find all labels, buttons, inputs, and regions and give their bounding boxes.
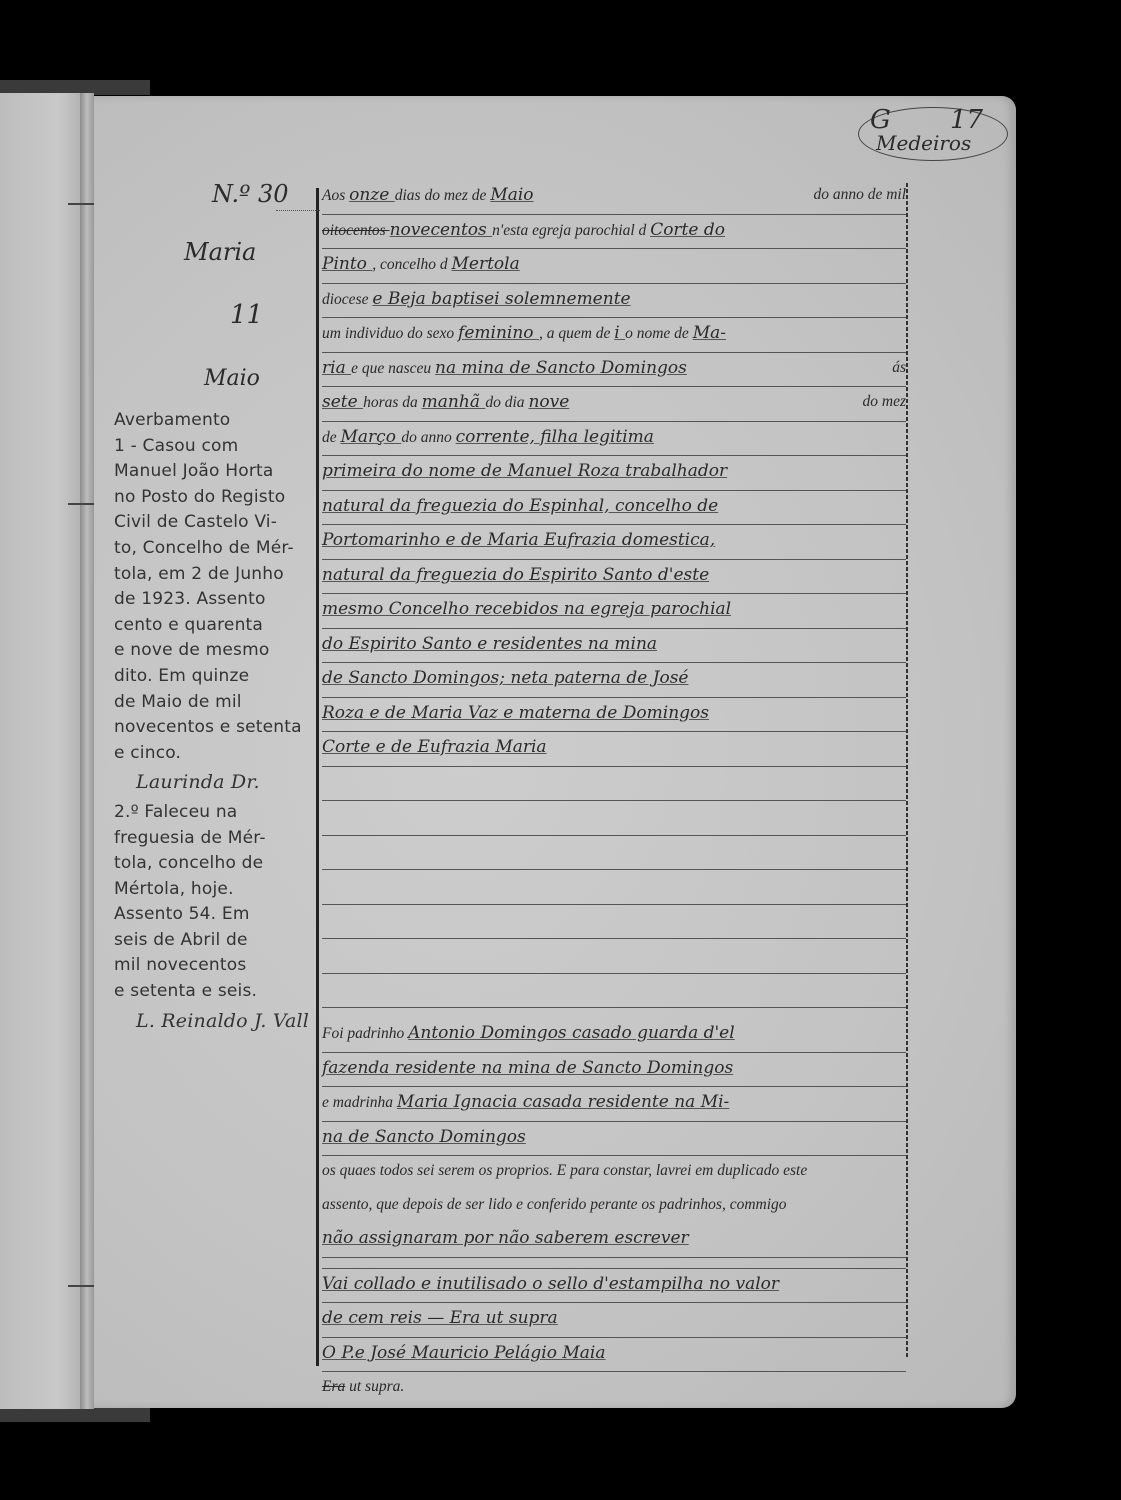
handwritten-field: natural da freguezia do Espirito Santo d… bbox=[322, 565, 709, 585]
form-line: Foi padrinho Antonio Domingos casado gua… bbox=[322, 1018, 906, 1053]
handwritten-field: nove bbox=[528, 392, 569, 412]
binding-stitch-icon bbox=[68, 1285, 96, 1287]
blank-ruled-lines bbox=[322, 767, 906, 1009]
printed-label: do anno de mil bbox=[813, 180, 906, 210]
annotation-line: Averbamento bbox=[114, 408, 320, 434]
handwritten-field: Maria Ignacia casada residente na Mi- bbox=[397, 1092, 729, 1112]
closing-handwritten-line: não assignaram por não saberem escrever bbox=[322, 1223, 906, 1258]
handwritten-field: onze bbox=[349, 185, 395, 205]
form-line: ria e que nasceu na mina de Sancto Domin… bbox=[322, 353, 906, 388]
margin-annotation: Averbamento1 - Casou comManuel João Hort… bbox=[114, 408, 320, 1038]
form-line: Aos onze dias do mez de Maio do anno de … bbox=[322, 180, 906, 215]
form-line: oitocentos novecentos n'esta egreja paro… bbox=[322, 215, 906, 250]
annotation-line: Civil de Castelo Vi- bbox=[114, 510, 320, 536]
printed-footer: Era ut supra. bbox=[322, 1372, 906, 1406]
handwritten-field: Roza e de Maria Vaz e materna de Domingo… bbox=[322, 703, 709, 723]
annotation-line: Manuel João Horta bbox=[114, 459, 320, 485]
handwritten-field: Ma- bbox=[693, 323, 726, 343]
form-line: fazenda residente na mina de Sancto Domi… bbox=[322, 1053, 906, 1088]
printed-label: horas da bbox=[363, 394, 422, 411]
handwritten-field: feminino bbox=[458, 323, 539, 343]
annotation-line: de Maio de mil bbox=[114, 690, 320, 716]
handwritten-field: Pinto bbox=[322, 254, 372, 274]
handwritten-field: corrente, filha legitima bbox=[456, 427, 654, 447]
handwritten-field: na mina de Sancto Domingos bbox=[435, 358, 687, 378]
printed-label: o nome de bbox=[625, 325, 693, 342]
printed-label: n'esta egreja parochial d bbox=[492, 222, 650, 239]
form-line: Corte e de Eufrazia Maria bbox=[322, 732, 906, 767]
annotation-death: 2.º Faleceu nafreguesia de Mér-tola, con… bbox=[114, 800, 320, 1005]
handwritten-field: Maio bbox=[490, 185, 533, 205]
form-line: Roza e de Maria Vaz e materna de Domingo… bbox=[322, 698, 906, 733]
handwritten-field: na de Sancto Domingos bbox=[322, 1127, 526, 1147]
annotation-line: e setenta e seis. bbox=[114, 979, 320, 1005]
binding-stitch-icon bbox=[68, 503, 96, 505]
annotation-line: Assento 54. Em bbox=[114, 902, 320, 928]
book-edge-bottom bbox=[0, 1407, 150, 1422]
form-line: e madrinha Maria Ignacia casada resident… bbox=[322, 1087, 906, 1122]
printed-label: do mez bbox=[863, 387, 906, 417]
annotation-signature-2: L. Reinaldo J. Vall bbox=[136, 1009, 320, 1035]
printed-label: do dia bbox=[485, 394, 528, 411]
handwritten-field: Antonio Domingos casado guarda d'el bbox=[408, 1023, 735, 1043]
annotation-line: no Posto do Registo bbox=[114, 485, 320, 511]
annotation-line: seis de Abril de bbox=[114, 928, 320, 954]
handwritten-field: e Beja baptisei solemnemente bbox=[372, 289, 630, 309]
handwritten-field: Portomarinho e de Maria Eufrazia domesti… bbox=[322, 530, 715, 550]
printed-label: , a quem de bbox=[539, 325, 614, 342]
annotation-line: novecentos e setenta bbox=[114, 715, 320, 741]
printed-label: um individuo do sexo bbox=[322, 325, 458, 342]
blank-line bbox=[322, 870, 906, 905]
priest-signature: O P.e José Mauricio Pelágio Maia bbox=[322, 1343, 605, 1363]
form-right-rule bbox=[906, 183, 908, 1358]
blank-line bbox=[322, 801, 906, 836]
baptism-form: Aos onze dias do mez de Maio do anno de … bbox=[322, 180, 906, 1406]
annotation-line: e nove de mesmo bbox=[114, 638, 320, 664]
form-line: de Sancto Domingos; neta paterna de José bbox=[322, 663, 906, 698]
annotation-signature-1: Laurinda Dr. bbox=[136, 770, 320, 796]
printed-label: , concelho d bbox=[372, 256, 451, 273]
annotation-line: to, Concelho de Mér- bbox=[114, 536, 320, 562]
blank-line bbox=[322, 767, 906, 802]
form-line: Pinto , concelho d Mertola bbox=[322, 249, 906, 284]
printed-label: Aos bbox=[322, 187, 349, 204]
note-line-1: Vai collado e inutilisado o sello d'esta… bbox=[322, 1268, 906, 1304]
handwritten-field: de Sancto Domingos; neta paterna de José bbox=[322, 668, 689, 688]
left-page-edge bbox=[0, 93, 84, 1409]
annotation-line: 2.º Faleceu na bbox=[114, 800, 320, 826]
printed-label: Foi padrinho bbox=[322, 1025, 408, 1042]
entry-number: N.º 30 bbox=[212, 180, 289, 208]
handwritten-field: manhã bbox=[422, 392, 486, 412]
form-line: diocese e Beja baptisei solemnemente bbox=[322, 284, 906, 319]
priest-signature-line: O P.e José Mauricio Pelágio Maia bbox=[322, 1338, 906, 1373]
printed-label: oitocentos bbox=[322, 222, 390, 239]
form-line: mesmo Concelho recebidos na egreja paroc… bbox=[322, 594, 906, 629]
blank-line bbox=[322, 939, 906, 974]
godparents-section: Foi padrinho Antonio Domingos casado gua… bbox=[322, 1018, 906, 1156]
book-gutter bbox=[80, 93, 94, 1409]
printed-label: do anno bbox=[401, 429, 455, 446]
folio-stamp: G 17 Medeiros bbox=[858, 105, 1008, 161]
form-line: natural da freguezia do Espirito Santo d… bbox=[322, 560, 906, 595]
annotation-line: tola, em 2 de Junho bbox=[114, 562, 320, 588]
handwritten-field: do Espirito Santo e residentes na mina bbox=[322, 634, 657, 654]
handwritten-field: natural da freguezia do Espinhal, concel… bbox=[322, 496, 718, 516]
blank-line bbox=[322, 974, 906, 1009]
annotation-line: dito. Em quinze bbox=[114, 664, 320, 690]
margin-month: Maio bbox=[204, 366, 260, 391]
annotation-line: mil novecentos bbox=[114, 953, 320, 979]
margin-day: 11 bbox=[230, 300, 263, 330]
annotation-line: tola, concelho de bbox=[114, 851, 320, 877]
handwritten-field: i bbox=[614, 323, 625, 343]
form-line: primeira do nome de Manuel Roza trabalha… bbox=[322, 456, 906, 491]
annotation-line: Mértola, hoje. bbox=[114, 877, 320, 903]
handwritten-field: Mertola bbox=[452, 254, 520, 274]
printed-label: diocese bbox=[322, 291, 372, 308]
handwritten-field: ria bbox=[322, 358, 351, 378]
margin-child-name: Maria bbox=[184, 238, 256, 266]
record-lines: Aos onze dias do mez de Maio do anno de … bbox=[322, 180, 906, 767]
annotation-marriage: Averbamento1 - Casou comManuel João Hort… bbox=[114, 408, 320, 766]
closing-printed-line-1: os quaes todos sei serem os proprios. E … bbox=[322, 1156, 906, 1190]
printed-label: e madrinha bbox=[322, 1094, 397, 1111]
handwritten-field: sete bbox=[322, 392, 363, 412]
printed-label: ás bbox=[892, 353, 906, 383]
binding-stitch-icon bbox=[68, 203, 96, 205]
handwritten-field: Corte e de Eufrazia Maria bbox=[322, 737, 547, 757]
printed-label: e que nasceu bbox=[351, 360, 435, 377]
annotation-line: cento e quarenta bbox=[114, 613, 320, 639]
form-line: na de Sancto Domingos bbox=[322, 1122, 906, 1157]
handwritten-field: Março bbox=[341, 427, 402, 447]
printed-label: de bbox=[322, 429, 341, 446]
handwritten-field: mesmo Concelho recebidos na egreja paroc… bbox=[322, 599, 731, 619]
form-line: um individuo do sexo feminino , a quem d… bbox=[322, 318, 906, 353]
annotation-line: 1 - Casou com bbox=[114, 434, 320, 460]
form-line: Portomarinho e de Maria Eufrazia domesti… bbox=[322, 525, 906, 560]
form-line: de Março do anno corrente, filha legitim… bbox=[322, 422, 906, 457]
annotation-line: freguesia de Mér- bbox=[114, 826, 320, 852]
handwritten-field: primeira do nome de Manuel Roza trabalha… bbox=[322, 461, 727, 481]
printed-label: dias do mez de bbox=[395, 187, 491, 204]
annotation-line: e cinco. bbox=[114, 741, 320, 767]
note-line-2: de cem reis — Era ut supra bbox=[322, 1303, 906, 1338]
form-line: do Espirito Santo e residentes na mina bbox=[322, 629, 906, 664]
closing-printed-line-2: assento, que depois de ser lido e confer… bbox=[322, 1190, 906, 1224]
annotation-line: de 1923. Assento bbox=[114, 587, 320, 613]
handwritten-field: novecentos bbox=[390, 220, 493, 240]
folio-stamp-name: Medeiros bbox=[876, 131, 971, 155]
handwritten-field: fazenda residente na mina de Sancto Domi… bbox=[322, 1058, 733, 1078]
entry-number-rule bbox=[276, 210, 320, 211]
blank-line bbox=[322, 905, 906, 940]
blank-line bbox=[322, 836, 906, 871]
form-line: natural da freguezia do Espinhal, concel… bbox=[322, 491, 906, 526]
form-line: sete horas da manhã do dia nove do mez bbox=[322, 387, 906, 422]
handwritten-field: Corte do bbox=[650, 220, 725, 240]
